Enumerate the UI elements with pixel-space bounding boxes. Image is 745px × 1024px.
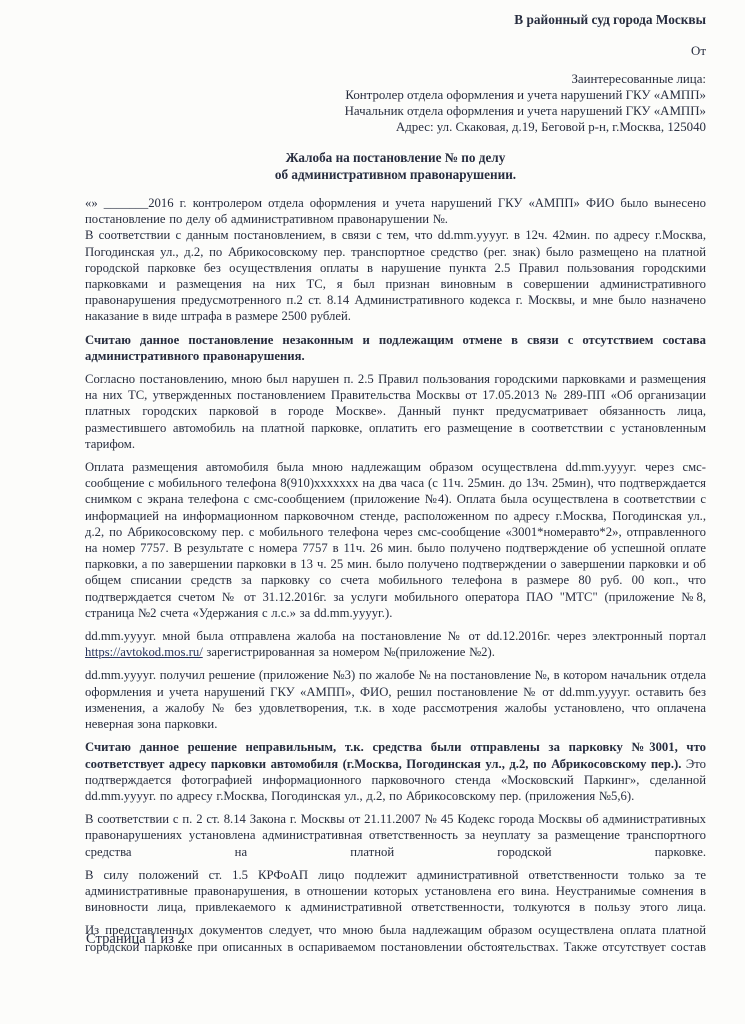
- document-body: «» _______2016 г. контролером отдела офо…: [85, 195, 706, 955]
- interested-parties-label: Заинтересованные лица:: [85, 71, 706, 87]
- document-page: В районный суд города Москвы От Заинтере…: [0, 0, 745, 1024]
- from-label: От: [85, 43, 706, 59]
- para-krfoap-1-5: В силу положений ст. 1.5 КРФоАП лицо под…: [85, 867, 706, 916]
- para-resolution-issued: «» _______2016 г. контролером отдела офо…: [85, 195, 706, 227]
- para-complaint-sent: dd.mm.yyyyг. мной была отправлена жалоба…: [85, 628, 706, 660]
- court-name: В районный суд города Москвы: [85, 12, 706, 28]
- avtokod-portal-link[interactable]: https://avtokod.mos.ru/: [85, 645, 203, 659]
- interested-party-chief: Начальник отдела оформления и учета нару…: [85, 103, 706, 119]
- document-title-line2: об административном правонарушении.: [85, 166, 706, 183]
- addressee-address: Адрес: ул. Скаковая, д.19, Беговой р-н, …: [85, 119, 706, 135]
- para-complaint-sent-tail: зарегистрированная за номером №(приложен…: [203, 645, 495, 659]
- para-resolution-details: В соответствии с данным постановлением, …: [85, 227, 706, 324]
- document-title: Жалоба на постановление № по делу об адм…: [85, 149, 706, 183]
- interested-party-controller: Контролер отдела оформления и учета нару…: [85, 87, 706, 103]
- document-content: В районный суд города Москвы От Заинтере…: [85, 12, 706, 955]
- para-payment-details: Оплата размещения автомобиля была мною н…: [85, 459, 706, 621]
- para-claim-unlawful: Считаю данное постановление незаконным и…: [85, 332, 706, 364]
- document-title-line1: Жалоба на постановление № по делу: [85, 149, 706, 166]
- para-rule-2-5: Согласно постановлению, мною был нарушен…: [85, 371, 706, 452]
- para-decision-wrong: Считаю данное решение неправильным, т.к.…: [85, 739, 706, 804]
- para-law-8-14: В соответствии с п. 2 ст. 8.14 Закона г.…: [85, 811, 706, 860]
- page-number: Страница 1 из 2: [86, 930, 185, 948]
- para-decision-received: dd.mm.yyyyг. получил решение (приложение…: [85, 667, 706, 732]
- para-complaint-sent-text: dd.mm.yyyyг. мной была отправлена жалоба…: [85, 629, 706, 643]
- addressee-block: В районный суд города Москвы От Заинтере…: [85, 12, 706, 135]
- para-decision-wrong-bold: Считаю данное решение неправильным, т.к.…: [85, 740, 706, 770]
